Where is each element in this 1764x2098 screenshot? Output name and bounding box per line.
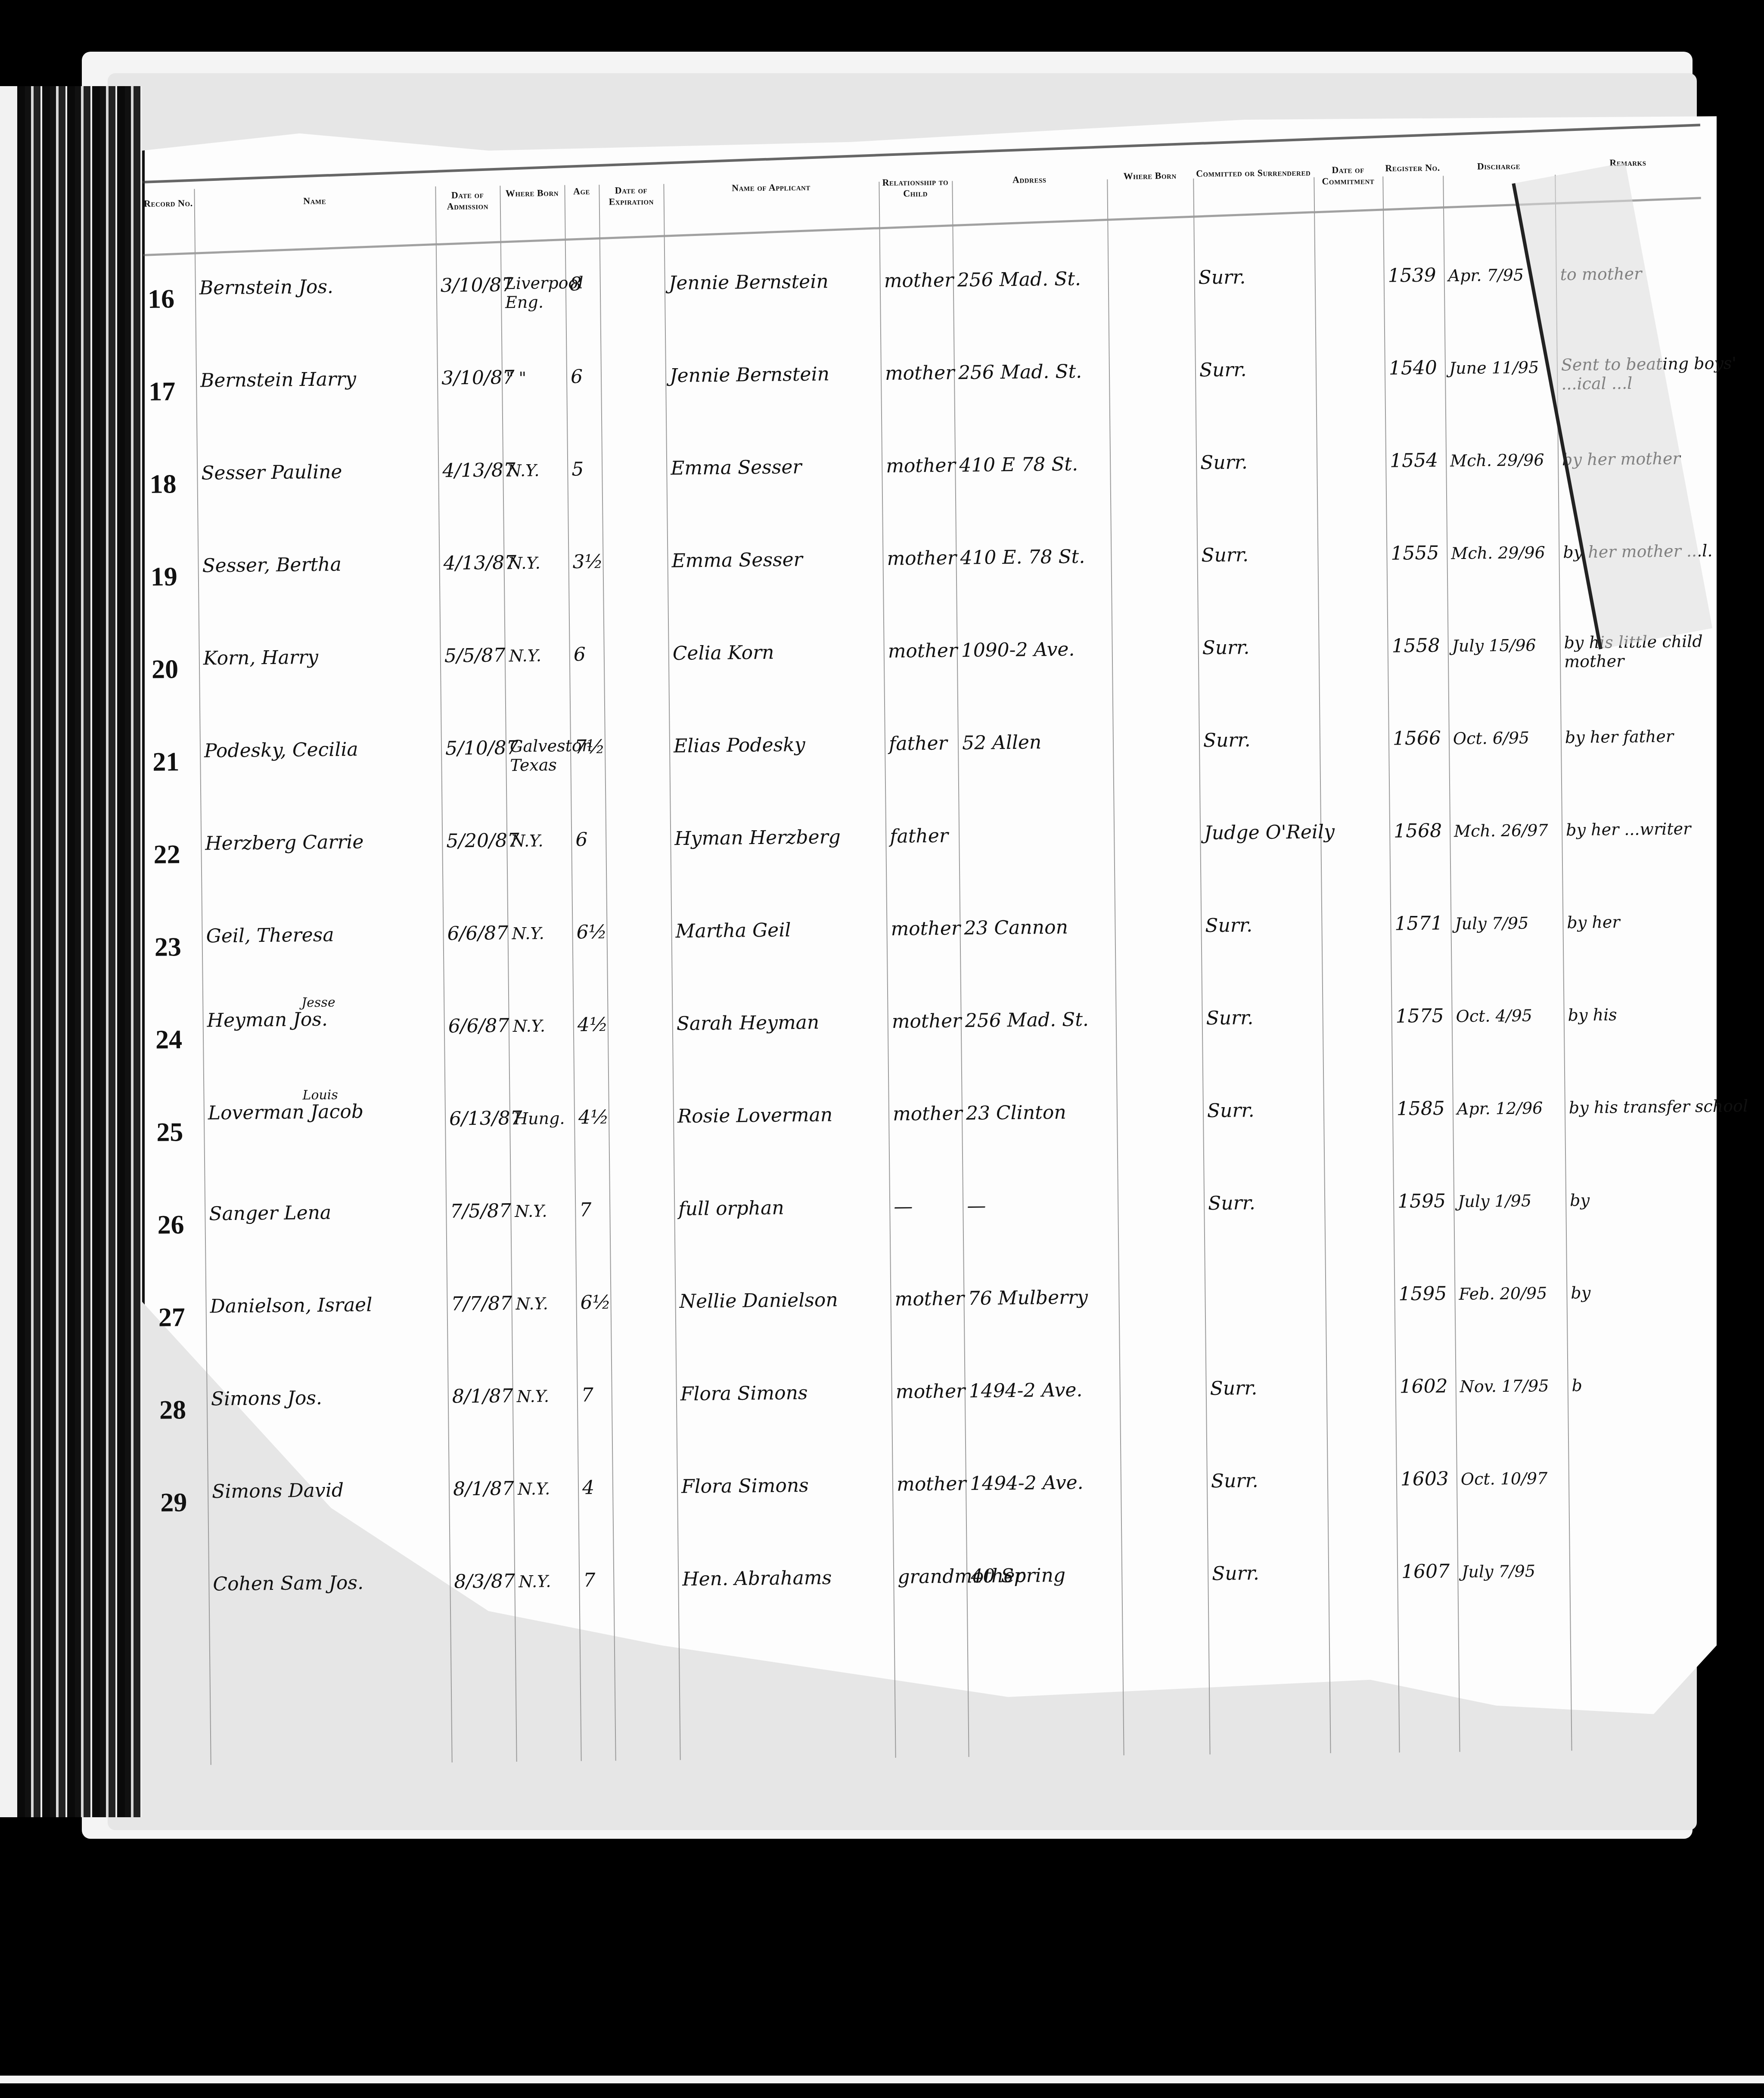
cell-text: 1554 bbox=[1390, 450, 1438, 472]
cell-discharge: Mch. 26/97 bbox=[1454, 818, 1575, 841]
cell-text: N.Y. bbox=[512, 923, 585, 943]
ledger-row: 27Danielson, Israel7/7/87N.Y.6½Nellie Da… bbox=[154, 1256, 1714, 1359]
cell-name: Danielson, Israel bbox=[210, 1294, 372, 1318]
cell-where-born: N.Y. bbox=[513, 1014, 587, 1037]
cell-date-of-admission: 3/10/87 bbox=[441, 274, 514, 297]
cell-date-of-admission: 6/6/87 bbox=[448, 1015, 509, 1037]
cell-text: 18 bbox=[149, 469, 177, 499]
cell-name-of-applicant: Emma Sesser bbox=[671, 456, 802, 479]
cell-text: 256 Mad. St. bbox=[957, 268, 1081, 291]
cell-name-of-applicant: Martha Geil bbox=[675, 919, 791, 942]
cell-text: mother bbox=[893, 1102, 963, 1125]
cell-where-born: N.Y. bbox=[517, 1384, 590, 1407]
cell-text: 22 bbox=[153, 840, 180, 869]
cell-age: 4½ bbox=[578, 1014, 608, 1036]
cell-relationship: — bbox=[894, 1195, 913, 1217]
cell-relationship: mother bbox=[884, 269, 953, 292]
cell-address: 1494-2 Ave. bbox=[970, 1471, 1084, 1495]
cell-text: Feb. 20/95 bbox=[1459, 1283, 1579, 1303]
cell-record-no: 19 bbox=[150, 562, 177, 593]
cell-name: Cohen Sam Jos. bbox=[213, 1572, 363, 1595]
cell-text: Bernstein Harry bbox=[200, 368, 356, 392]
ledger-row: 20Korn, Harry5/5/87N.Y.6Celia Kornmother… bbox=[147, 608, 1707, 711]
cell-text: July 1/95 bbox=[1458, 1191, 1578, 1211]
ledger-row: 17Bernstein Harry3/10/87" "6Jennie Berns… bbox=[144, 330, 1704, 433]
cell-text: 4 bbox=[582, 1477, 595, 1499]
cell-relationship: mother bbox=[893, 1102, 963, 1125]
cell-text: 26 bbox=[157, 1210, 184, 1240]
cell-name-of-applicant: Emma Sesser bbox=[671, 549, 803, 572]
cell-text: 7½ bbox=[575, 736, 605, 758]
cell-name: Bernstein Jos. bbox=[199, 276, 334, 299]
cell-discharge: Oct. 4/95 bbox=[1456, 1003, 1577, 1027]
cell-text: Podesky, Cecilia bbox=[204, 739, 358, 762]
cell-record-no: 22 bbox=[153, 839, 180, 870]
cell-remarks: by bbox=[1570, 1187, 1764, 1211]
cell-register-no: 1554 bbox=[1390, 450, 1438, 472]
cell-text: — bbox=[967, 1195, 986, 1217]
cell-text: by her ...writer bbox=[1566, 819, 1764, 840]
cell-committed-or-surrendered: Surr. bbox=[1199, 359, 1247, 381]
cell-text: Martha Geil bbox=[675, 919, 791, 942]
cell-record-no: 28 bbox=[159, 1395, 186, 1426]
ledger-row: Cohen Sam Jos.8/3/87N.Y.7Hen. Abrahamsgr… bbox=[157, 1534, 1717, 1636]
cell-text: 7 bbox=[581, 1384, 594, 1406]
cell-text: 52 Allen bbox=[962, 731, 1042, 754]
cell-name-of-applicant: Elias Podesky bbox=[674, 734, 805, 757]
cell-remarks: by her father bbox=[1565, 724, 1764, 748]
cell-text: 8/1/87 bbox=[452, 1385, 513, 1407]
cell-discharge: Mch. 29/96 bbox=[1451, 540, 1572, 564]
cell-discharge: Apr. 12/96 bbox=[1457, 1096, 1578, 1119]
cell-text: Jennie Bernstein bbox=[670, 363, 829, 387]
cell-text: 1566 bbox=[1393, 727, 1441, 749]
cell-name: Sesser Pauline bbox=[201, 461, 342, 484]
cell-text: N.Y. bbox=[515, 1201, 588, 1221]
cell-name-of-applicant: Hen. Abrahams bbox=[682, 1567, 832, 1590]
cell-text: Nellie Danielson bbox=[679, 1289, 838, 1313]
cell-date-of-admission: 6/6/87 bbox=[447, 922, 508, 944]
cell-text: Hung. bbox=[514, 1108, 587, 1128]
cell-text: by bbox=[1570, 1189, 1764, 1210]
cell-discharge: July 1/95 bbox=[1458, 1189, 1579, 1212]
column-header-record-no: Record No. bbox=[143, 198, 194, 209]
column-header-date-of-commitment: Date of Commitment bbox=[1314, 164, 1383, 187]
cell-age: 4½ bbox=[578, 1106, 609, 1129]
cell-text: N.Y. bbox=[519, 1571, 592, 1591]
column-header-committed-or-surrendered: Committed or Surrendered bbox=[1193, 167, 1314, 180]
cell-address: 52 Allen bbox=[962, 731, 1042, 754]
ledger-row: 23Geil, Theresa6/6/87N.Y.6½Martha Geilmo… bbox=[150, 886, 1710, 988]
cell-text: Simons David bbox=[212, 1479, 344, 1502]
cell-age: 7 bbox=[581, 1384, 594, 1406]
cell-text: 5/5/87 bbox=[444, 644, 506, 667]
cell-committed-or-surrendered: Surr. bbox=[1198, 266, 1245, 289]
cell-text: 7 bbox=[583, 1569, 596, 1591]
column-header-name-of-applicant: Name of Applicant bbox=[663, 181, 879, 194]
cell-where-born: N.Y. bbox=[507, 458, 581, 481]
cell-record-no: 16 bbox=[148, 284, 175, 315]
cell-text: 6 bbox=[574, 643, 586, 665]
cell-age: 5 bbox=[571, 458, 584, 480]
cell-text: Surr. bbox=[1201, 544, 1248, 566]
cell-text: 4/13/87 bbox=[442, 459, 516, 482]
cell-text: Apr. 12/96 bbox=[1457, 1098, 1578, 1118]
cell-text: 1494-2 Ave. bbox=[969, 1379, 1082, 1402]
cell-register-no: 1568 bbox=[1394, 819, 1442, 842]
cell-text: mother bbox=[891, 1010, 961, 1033]
cell-text: 410 E. 78 St. bbox=[960, 546, 1085, 569]
column-header-discharge: Discharge bbox=[1443, 160, 1555, 172]
cell-where-born: N.Y. bbox=[518, 1477, 591, 1499]
cell-name-of-applicant: Jennie Bernstein bbox=[670, 363, 829, 387]
cell-text: father bbox=[890, 825, 948, 847]
cell-text: Emma Sesser bbox=[671, 549, 803, 572]
book-spine bbox=[0, 86, 142, 1817]
cell-text: 4½ bbox=[578, 1106, 609, 1129]
cell-text: Sarah Heyman bbox=[677, 1012, 820, 1035]
cell-where-born: Hung. bbox=[514, 1106, 587, 1129]
cell-name-of-applicant: Hyman Herzberg bbox=[674, 826, 841, 850]
cell-relationship: mother bbox=[885, 362, 955, 385]
cell-address: 256 Mad. St. bbox=[957, 268, 1081, 291]
cell-text: mother bbox=[894, 1288, 964, 1310]
cell-text: N.Y. bbox=[513, 1016, 586, 1036]
cell-text: father bbox=[889, 732, 947, 754]
cell-name: Korn, Harry bbox=[203, 646, 319, 670]
cell-record-no: 21 bbox=[152, 747, 180, 778]
cell-text: Surr. bbox=[1210, 1377, 1257, 1400]
cell-text: N.Y. bbox=[508, 553, 581, 573]
cell-age: 7½ bbox=[575, 736, 605, 758]
cell-relationship: father bbox=[889, 732, 947, 754]
cell-text: 1540 bbox=[1389, 357, 1438, 379]
cell-register-no: 1602 bbox=[1399, 1375, 1448, 1397]
cell-text: mother bbox=[887, 547, 957, 570]
cell-register-no: 1603 bbox=[1401, 1468, 1449, 1490]
cell-committed-or-surrendered: Surr. bbox=[1208, 1192, 1255, 1214]
cell-date-of-admission: 5/5/87 bbox=[444, 644, 506, 667]
cell-address: 23 Cannon bbox=[964, 916, 1068, 940]
cell-text: Nov. 17/95 bbox=[1460, 1376, 1580, 1396]
cell-text: Judge O'Reily bbox=[1204, 821, 1335, 844]
cell-discharge: July 7/95 bbox=[1462, 1559, 1583, 1582]
cell-discharge: Nov. 17/95 bbox=[1460, 1374, 1581, 1397]
cell-text: Hyman Herzberg bbox=[674, 826, 841, 850]
cell-text: mother bbox=[891, 917, 960, 940]
cell-address: — bbox=[967, 1195, 986, 1217]
cell-text: 1575 bbox=[1395, 1005, 1444, 1027]
cell-text: 23 Clinton bbox=[966, 1102, 1066, 1124]
cell-text: Flora Simons bbox=[680, 1382, 808, 1405]
cell-text: 1558 bbox=[1391, 635, 1440, 657]
cell-register-no: 1539 bbox=[1388, 264, 1436, 287]
cell-text: Rosie Loverman bbox=[677, 1104, 833, 1127]
cell-text: 16 bbox=[148, 284, 175, 314]
cell-text: 7/7/87 bbox=[451, 1292, 512, 1315]
cell-name: Bernstein Harry bbox=[200, 368, 356, 392]
cell-name-of-applicant: Sarah Heyman bbox=[677, 1012, 820, 1035]
cell-text: 1494-2 Ave. bbox=[970, 1471, 1084, 1495]
cell-date-of-admission: 4/13/87 bbox=[442, 459, 516, 482]
cell-text: Herzberg Carrie bbox=[205, 831, 364, 855]
cell-record-no: 18 bbox=[149, 469, 177, 500]
cell-text: b bbox=[1571, 1374, 1764, 1395]
cell-name: Sesser, Bertha bbox=[202, 553, 342, 577]
cell-text: Liverpool Eng. bbox=[505, 273, 579, 312]
cell-register-no: 1558 bbox=[1391, 635, 1440, 657]
cell-text: mother bbox=[885, 362, 955, 385]
cell-committed-or-surrendered: Surr. bbox=[1212, 1562, 1259, 1585]
cell-text: 1571 bbox=[1394, 912, 1443, 934]
cell-age: 8 bbox=[570, 273, 582, 295]
cell-name: Simons David bbox=[212, 1479, 344, 1502]
cell-text: 256 Mad. St. bbox=[965, 1009, 1089, 1032]
cell-relationship: mother bbox=[888, 639, 957, 662]
cell-text: " " bbox=[506, 368, 579, 388]
cell-text: 1603 bbox=[1401, 1468, 1449, 1490]
cell-text: Elias Podesky bbox=[674, 734, 805, 757]
cell-text: Surr. bbox=[1211, 1470, 1258, 1492]
cell-discharge: Oct. 10/97 bbox=[1461, 1466, 1582, 1490]
cell-text: 6/6/87 bbox=[448, 1015, 509, 1037]
cell-age: 6 bbox=[574, 643, 586, 665]
cell-text: 5/20/87 bbox=[446, 829, 519, 852]
cell-text: by her father bbox=[1565, 726, 1763, 747]
ledger-row: 28Simons Jos.8/1/87N.Y.7Flora Simonsmoth… bbox=[155, 1349, 1714, 1451]
cell-text: Danielson, Israel bbox=[210, 1294, 372, 1318]
cell-text: Korn, Harry bbox=[203, 646, 319, 670]
cell-date-of-admission: 8/1/87 bbox=[453, 1477, 514, 1500]
cell-text: Emma Sesser bbox=[671, 456, 802, 479]
cell-where-born: N.Y. bbox=[508, 551, 581, 574]
cell-text: Mch. 26/97 bbox=[1454, 820, 1575, 841]
cell-text: N.Y. bbox=[518, 1479, 591, 1499]
cell-date-of-admission: 8/1/87 bbox=[452, 1385, 513, 1407]
column-header-remarks: Remarks bbox=[1555, 156, 1701, 169]
cell-text: Surr. bbox=[1202, 636, 1249, 659]
cell-age: 6½ bbox=[576, 921, 607, 943]
cell-text: 19 bbox=[150, 562, 177, 592]
cell-relationship: mother bbox=[897, 1473, 966, 1496]
cell-address: 256 Mad. St. bbox=[965, 1009, 1089, 1032]
cell-text: 6½ bbox=[580, 1291, 611, 1314]
cell-text: Sesser, Bertha bbox=[202, 553, 342, 577]
cell-text: Celia Korn bbox=[673, 642, 774, 664]
ledger-row: 22Herzberg Carrie5/20/87N.Y.6Hyman Herzb… bbox=[149, 793, 1708, 896]
cell-where-born: N.Y. bbox=[515, 1199, 588, 1222]
cell-text: 24 bbox=[155, 1025, 183, 1055]
cell-text: Surr. bbox=[1207, 1099, 1255, 1122]
cell-text: Simons Jos. bbox=[211, 1387, 323, 1410]
cell-name: Geil, Theresa bbox=[206, 924, 334, 947]
cell-text: 40 Spring bbox=[971, 1564, 1065, 1587]
cell-address: 1494-2 Ave. bbox=[969, 1379, 1082, 1402]
cell-age: 6 bbox=[571, 366, 583, 388]
ledger-table: Record No.NameDate of AdmissionWhere Bor… bbox=[142, 156, 1718, 1766]
cell-text: Mch. 29/96 bbox=[1450, 450, 1571, 470]
cell-text: Surr. bbox=[1206, 1007, 1253, 1029]
cell-age: 6½ bbox=[580, 1291, 611, 1314]
cell-register-no: 1571 bbox=[1394, 912, 1443, 934]
cell-remarks: by his bbox=[1568, 1002, 1764, 1026]
cell-text: 1090-2 Ave. bbox=[961, 638, 1075, 661]
cell-text: 6 bbox=[575, 829, 588, 850]
cell-text: by her bbox=[1567, 911, 1764, 932]
cell-name: Simons Jos. bbox=[211, 1387, 323, 1410]
cell-text: 5/10/87 bbox=[445, 737, 519, 760]
cell-text: Bernstein Jos. bbox=[199, 276, 334, 299]
cell-name: JesseHeyman Jos. bbox=[207, 995, 335, 1031]
cell-date-of-admission: 7/7/87 bbox=[451, 1292, 512, 1315]
cell-address: 410 E. 78 St. bbox=[960, 546, 1085, 569]
column-header-where-born: Where Born bbox=[500, 187, 564, 199]
cell-age: 4 bbox=[582, 1477, 595, 1499]
cell-address: 256 Mad. St. bbox=[958, 360, 1082, 384]
cell-where-born: Liverpool Eng. bbox=[505, 273, 579, 313]
cell-text: by his bbox=[1568, 1004, 1764, 1025]
cell-register-no: 1566 bbox=[1393, 727, 1441, 749]
cell-text: Hen. Abrahams bbox=[682, 1567, 832, 1590]
ledger-row: 24JesseHeyman Jos.6/6/87N.Y.4½Sarah Heym… bbox=[151, 978, 1711, 1081]
cell-text: 1555 bbox=[1391, 542, 1439, 565]
cell-address: 410 E 78 St. bbox=[959, 453, 1078, 476]
cell-text: Oct. 6/95 bbox=[1453, 728, 1574, 748]
cell-text: July 7/95 bbox=[1455, 913, 1575, 933]
cell-relationship: mother bbox=[891, 917, 960, 940]
cell-relationship: mother bbox=[887, 547, 957, 570]
column-header-date-of-admission: Date of Admission bbox=[435, 189, 500, 212]
cell-text: Surr. bbox=[1199, 359, 1247, 381]
cell-age: 6 bbox=[575, 829, 588, 850]
cell-text: N.Y. bbox=[517, 1386, 590, 1406]
cell-text: Surr. bbox=[1203, 729, 1251, 751]
cell-committed-or-surrendered: Surr. bbox=[1207, 1099, 1255, 1122]
cell-record-no: 23 bbox=[154, 932, 181, 963]
cell-relationship: mother bbox=[895, 1380, 965, 1403]
cell-text: 28 bbox=[159, 1395, 186, 1425]
cell-where-born: N.Y. bbox=[519, 1569, 592, 1592]
cell-where-born: Galveston Texas bbox=[510, 736, 584, 776]
cell-register-no: 1585 bbox=[1397, 1097, 1445, 1120]
cell-text: 27 bbox=[158, 1303, 185, 1332]
cell-text: 8 bbox=[570, 273, 582, 295]
cell-committed-or-surrendered: Surr. bbox=[1203, 729, 1251, 751]
cell-address: 76 Mulberry bbox=[968, 1286, 1088, 1310]
cell-text: Surr. bbox=[1208, 1192, 1255, 1214]
cell-text: 29 bbox=[160, 1488, 187, 1518]
cell-text: Galveston Texas bbox=[510, 736, 584, 775]
cell-text: 1595 bbox=[1398, 1282, 1447, 1305]
cell-text: 3/10/87 bbox=[441, 366, 515, 389]
cell-text: Sesser Pauline bbox=[201, 461, 342, 484]
cell-text: 23 bbox=[154, 932, 181, 962]
cell-relationship: father bbox=[890, 825, 948, 847]
cell-date-of-admission: 5/20/87 bbox=[446, 829, 519, 852]
cell-remarks: b bbox=[1571, 1372, 1764, 1396]
cell-register-no: 1575 bbox=[1395, 1005, 1444, 1027]
cell-register-no: 1607 bbox=[1401, 1560, 1450, 1583]
cell-text: 21 bbox=[152, 747, 180, 777]
cell-date-of-admission: 7/5/87 bbox=[450, 1200, 511, 1222]
cell-text: mother bbox=[895, 1380, 965, 1403]
ledger-row: 21Podesky, Cecilia5/10/87Galveston Texas… bbox=[148, 701, 1708, 803]
cell-text: mother bbox=[884, 269, 953, 292]
cell-name-of-applicant: Flora Simons bbox=[681, 1474, 809, 1498]
cell-committed-or-surrendered: Judge O'Reily bbox=[1204, 821, 1335, 844]
cell-committed-or-surrendered: Surr. bbox=[1201, 544, 1248, 566]
cell-text: 1539 bbox=[1388, 264, 1436, 287]
cell-address: 23 Clinton bbox=[966, 1102, 1066, 1124]
cell-address: 1090-2 Ave. bbox=[961, 638, 1075, 661]
cell-name-of-applicant: Flora Simons bbox=[680, 1382, 808, 1405]
cell-where-born: N.Y. bbox=[509, 643, 583, 666]
cell-text: 17 bbox=[149, 377, 176, 407]
cell-discharge: Mch. 29/96 bbox=[1450, 448, 1571, 471]
cell-text: 20 bbox=[152, 655, 179, 684]
cell-discharge: July 7/95 bbox=[1455, 911, 1576, 934]
cell-where-born: N.Y. bbox=[512, 921, 585, 944]
cell-record-no: 29 bbox=[160, 1487, 187, 1518]
cell-text: 6/6/87 bbox=[447, 922, 508, 944]
cell-text: 1602 bbox=[1399, 1375, 1448, 1397]
cell-text: N.Y. bbox=[509, 646, 582, 665]
cell-text: 1585 bbox=[1397, 1097, 1445, 1120]
cell-text: 8/1/87 bbox=[453, 1477, 514, 1500]
cell-age: 7 bbox=[583, 1569, 596, 1591]
cell-where-born: N.Y. bbox=[516, 1291, 589, 1314]
cell-text: 1568 bbox=[1394, 819, 1442, 842]
cell-relationship: mother bbox=[886, 454, 956, 477]
column-header-relationship: Relationship to Child bbox=[879, 177, 952, 200]
ledger-row: 16Bernstein Jos.3/10/87Liverpool Eng.8Je… bbox=[143, 238, 1703, 340]
column-header-age: Age bbox=[564, 186, 599, 197]
cell-relationship: mother bbox=[894, 1288, 964, 1310]
ledger-row: 29Simons David8/1/87N.Y.4Flora Simonsmot… bbox=[155, 1441, 1715, 1544]
cell-text: N.Y. bbox=[511, 831, 584, 850]
cell-text: Oct. 10/97 bbox=[1461, 1468, 1581, 1489]
cell-text: Jennie Bernstein bbox=[668, 270, 828, 294]
cell-remarks: by her ...writer bbox=[1566, 816, 1764, 841]
cell-date-of-admission: 8/3/87 bbox=[454, 1570, 515, 1592]
cell-register-no: 1540 bbox=[1389, 357, 1438, 379]
cell-date-of-admission: 4/13/87 bbox=[443, 552, 516, 574]
cell-text: 5 bbox=[571, 458, 584, 480]
cell-age: 3½ bbox=[572, 551, 603, 573]
cell-name: Sanger Lena bbox=[209, 1202, 331, 1225]
cell-name: Herzberg Carrie bbox=[205, 831, 364, 855]
column-header-address: Address bbox=[952, 174, 1107, 186]
cell-where-born: " " bbox=[506, 366, 580, 388]
cell-register-no: 1595 bbox=[1398, 1190, 1446, 1212]
ledger-row: 19Sesser, Bertha4/13/87N.Y.3½Emma Sesser… bbox=[146, 515, 1706, 618]
cell-text: 256 Mad. St. bbox=[958, 360, 1082, 384]
scan-border bbox=[0, 2076, 1764, 2083]
cell-text: N.Y. bbox=[507, 460, 580, 480]
cell-name-of-applicant: Rosie Loverman bbox=[677, 1104, 833, 1127]
cell-name: LouisLoverman Jacob bbox=[208, 1087, 363, 1124]
ledger-row: 18Sesser Pauline4/13/87N.Y.5Emma Sesserm… bbox=[145, 423, 1705, 525]
cell-text: Geil, Theresa bbox=[206, 924, 334, 947]
cell-text: 1595 bbox=[1398, 1190, 1446, 1212]
cell-record-no: 27 bbox=[158, 1302, 185, 1333]
cell-text: N.Y. bbox=[516, 1294, 589, 1313]
column-header-date-of-expiration: Date of Expiration bbox=[599, 184, 664, 208]
book-cover-edge bbox=[0, 86, 17, 1817]
cell-record-no: 25 bbox=[156, 1117, 183, 1148]
column-header-register-no: Register No. bbox=[1382, 162, 1443, 174]
cell-text: 25 bbox=[156, 1117, 183, 1147]
